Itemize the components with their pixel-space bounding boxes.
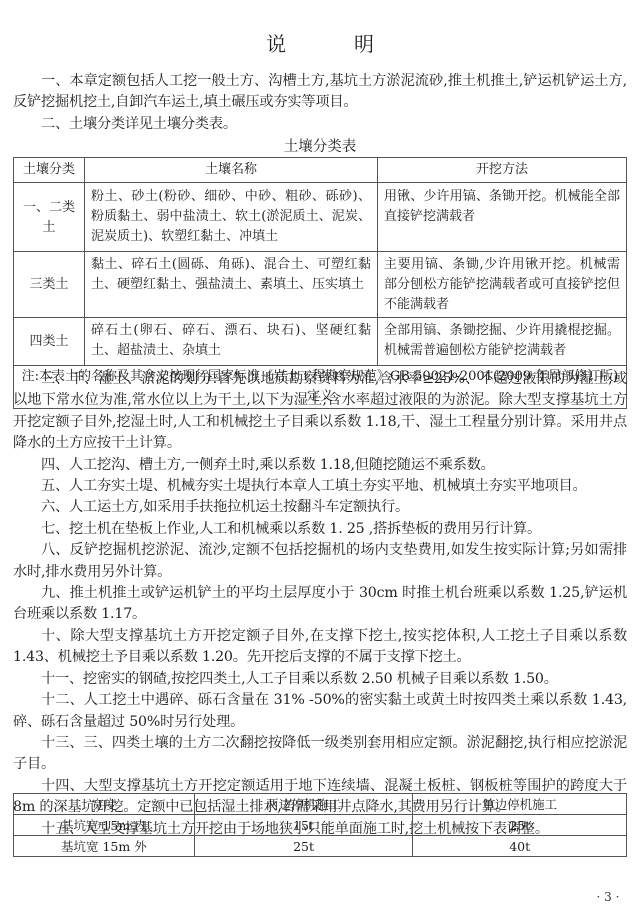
paragraph-5: 五、人工夯实土堤、机械夯实土堤执行本章人工填土夯实平地、机械填土夯实平地项目。 bbox=[13, 476, 627, 497]
both-sides-cell: 15t bbox=[194, 815, 413, 836]
both-sides-cell: 25t bbox=[194, 836, 413, 857]
paragraph-13: 十三、三、四类土壤的土方二次翻挖按降低一级类别套用相应定额。淤泥翻挖,执行相应挖… bbox=[13, 733, 627, 776]
table-row: 三类土 黏土、碎石土(圆砾、角砾)、混合土、可塑红黏土、硬塑红黏土、强盐渍土、素… bbox=[14, 252, 627, 318]
soil-table-caption: 土壤分类表 bbox=[0, 135, 640, 156]
page-title: 说 明 bbox=[0, 28, 640, 57]
header-width: 宽度 bbox=[14, 794, 195, 815]
header-single-side: 单边停机施工 bbox=[413, 794, 627, 815]
paragraph-3: 三、干、湿土、淤泥的划分:首先以地质勘察资料为准,含水率≥25%、不超过液限的为… bbox=[13, 369, 627, 455]
paragraph-4: 四、人工挖沟、槽土方,一侧弃土时,乘以系数 1.18,但随挖随运不乘系数。 bbox=[13, 455, 627, 476]
soil-name-cell: 黏土、碎石土(圆砾、角砾)、混合土、可塑红黏土、硬塑红黏土、强盐渍土、素填土、压… bbox=[85, 252, 378, 318]
header-soil-name: 土壤名称 bbox=[85, 158, 378, 183]
width-cell: 基坑宽 15m 外 bbox=[14, 836, 195, 857]
table-row: 基坑宽 15m 内 15t 25t bbox=[14, 815, 627, 836]
single-side-cell: 40t bbox=[413, 836, 627, 857]
soil-name-cell: 碎石土(卵石、碎石、漂石、块石)、坚硬红黏土、超盐渍土、杂填土 bbox=[85, 318, 378, 366]
table-row: 一、二类土 粉土、砂土(粉砂、细砂、中砂、粗砂、砾砂)、粉质黏土、弱中盐渍土、软… bbox=[14, 183, 627, 252]
method-cell: 用锹、少许用镐、条锄开挖。机械能全部直接铲挖满载者 bbox=[378, 183, 627, 252]
paragraph-7: 七、挖土机在垫板上作业,人工和机械乘以系数 1. 25 ,搭拆垫板的费用另行计算… bbox=[13, 519, 627, 540]
paragraph-6: 六、人工运土方,如采用手扶拖拉机运土按翻斗车定额执行。 bbox=[13, 497, 627, 518]
method-cell: 主要用镐、条锄,少许用锹开挖。机械需部分刨松方能铲挖满载者或可直接铲挖但不能满载… bbox=[378, 252, 627, 318]
header-category: 土壤分类 bbox=[14, 158, 85, 183]
paragraph-1: 一、本章定额包括人工挖一般土方、沟槽土方,基坑土方淤泥流砂,推土机推土,铲运机铲… bbox=[13, 71, 627, 114]
page-number: · 3 · bbox=[590, 890, 626, 904]
table-header-row: 土壤分类 土壤名称 开挖方法 bbox=[14, 158, 627, 183]
intro-section: 一、本章定额包括人工挖一般土方、沟槽土方,基坑土方淤泥流砂,推土机推土,铲运机铲… bbox=[13, 71, 627, 135]
paragraph-12: 十二、人工挖土中遇碎、砾石含量在 31% -50%的密实黏土或黄土时按四类土乘以… bbox=[13, 690, 627, 733]
width-cell: 基坑宽 15m 内 bbox=[14, 815, 195, 836]
category-cell: 三类土 bbox=[14, 252, 85, 318]
table-row: 四类土 碎石土(卵石、碎石、漂石、块石)、坚硬红黏土、超盐渍土、杂填土 全部用镐… bbox=[14, 318, 627, 366]
header-excavation-method: 开挖方法 bbox=[378, 158, 627, 183]
document-page: 说 明 一、本章定额包括人工挖一般土方、沟槽土方,基坑土方淤泥流砂,推土机推土,… bbox=[0, 0, 640, 914]
paragraph-2: 二、土壤分类详见土壤分类表。 bbox=[13, 114, 627, 135]
category-cell: 四类土 bbox=[14, 318, 85, 366]
single-side-cell: 25t bbox=[413, 815, 627, 836]
rules-section: 三、干、湿土、淤泥的划分:首先以地质勘察资料为准,含水率≥25%、不超过液限的为… bbox=[13, 369, 627, 840]
paragraph-9: 九、推土机推土或铲运机铲土的平均土层厚度小于 30cm 时推土机台班乘以系数 1… bbox=[13, 583, 627, 626]
paragraph-10: 十、除大型支撑基坑土方开挖定额子目外,在支撑下挖土,按实挖体积,人工挖土子目乘以… bbox=[13, 626, 627, 669]
paragraph-11: 十一、挖密实的钢碴,按挖四类土,人工子目乘以系数 2.50 机械子目乘以系数 1… bbox=[13, 669, 627, 690]
table-header-row: 宽度 两边停机施工 单边停机施工 bbox=[14, 794, 627, 815]
header-both-sides: 两边停机施工 bbox=[194, 794, 413, 815]
machine-adjustment-table: 宽度 两边停机施工 单边停机施工 基坑宽 15m 内 15t 25t 基坑宽 1… bbox=[13, 793, 627, 857]
table-row: 基坑宽 15m 外 25t 40t bbox=[14, 836, 627, 857]
paragraph-8: 八、反铲挖掘机挖淤泥、流沙,定额不包括挖掘机的场内支垫费用,如发生按实际计算;另… bbox=[13, 540, 627, 583]
soil-name-cell: 粉土、砂土(粉砂、细砂、中砂、粗砂、砾砂)、粉质黏土、弱中盐渍土、软土(淤泥质土… bbox=[85, 183, 378, 252]
method-cell: 全部用镐、条锄挖掘、少许用撬棍挖掘。机械需普遍刨松方能铲挖满载者 bbox=[378, 318, 627, 366]
category-cell: 一、二类土 bbox=[14, 183, 85, 252]
